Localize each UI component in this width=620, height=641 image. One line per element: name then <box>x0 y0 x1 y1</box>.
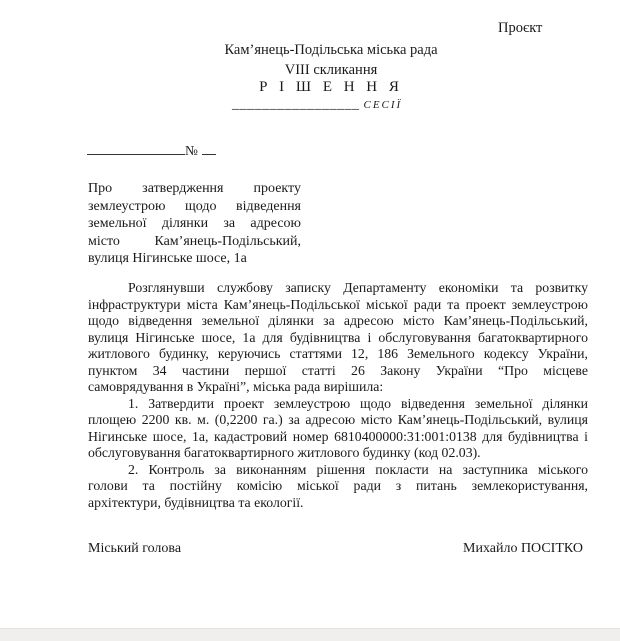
body-line: обслуговування багатоквартирного житлово… <box>88 445 588 462</box>
decision-title: Р І Ш Е Н Н Я <box>0 79 620 96</box>
body-line: вулиця Нігинське шосе, 1а для будівництв… <box>88 330 588 347</box>
body-line: щодо відведення земельної ділянки за адр… <box>88 313 588 330</box>
decision-item-2: 2. Контроль за виконанням рішення поклас… <box>88 462 588 512</box>
viewer-bottom-bar <box>0 628 620 641</box>
decision-item-1: 1. Затвердити проект землеустрою щодо ві… <box>88 396 588 462</box>
body-line: голови та постійну комісію міської ради … <box>88 478 588 495</box>
preamble-paragraph: Розглянувши службову записку Департамент… <box>88 280 588 396</box>
document-page: Проєкт Кам’янець-Подільська міська рада … <box>0 0 620 628</box>
subject-line: земельної ділянки за адресою <box>88 215 301 233</box>
council-name: Кам’янець-Подільська міська рада <box>0 42 620 59</box>
decision-body: Розглянувши службову записку Департамент… <box>88 280 588 511</box>
session-label: СЕСІЇ <box>364 99 403 111</box>
project-status-label: Проєкт <box>498 20 542 37</box>
body-line: 1. Затвердити проект землеустрою щодо ві… <box>88 396 588 413</box>
body-line: 2. Контроль за виконанням рішення поклас… <box>88 462 588 479</box>
convocation: VIII скликання <box>0 62 620 79</box>
decision-subject: Про затвердження проекту землеустрою щод… <box>88 180 301 268</box>
number-blank <box>202 142 216 155</box>
body-line: Нігинське шосе, 1а, кадастровий номер 68… <box>88 429 588 446</box>
body-line: інфраструктури міста Кам’янець-Подільськ… <box>88 297 588 314</box>
session-blank: _________________ <box>232 97 360 112</box>
number-sign: № <box>185 143 198 158</box>
body-line: площею 2200 кв. м. (0,2200 га.) за адрес… <box>88 412 588 429</box>
session-line: _________________СЕСІЇ <box>232 97 402 113</box>
body-line: пунктом 34 частини першої статті 26 Зако… <box>88 363 588 380</box>
body-line: архітектури, будівництва та екології. <box>88 495 588 512</box>
body-line: житлового будинку, керуючись статтями 12… <box>88 346 588 363</box>
subject-line: вулиця Нігинське шосе, 1а <box>88 250 301 268</box>
subject-line: землеустрою щодо відведення <box>88 198 301 216</box>
subject-line: місто Кам’янець-Подільський, <box>88 233 301 251</box>
date-blank <box>87 142 185 155</box>
signature-title: Міський голова <box>88 541 181 557</box>
subject-line: Про затвердження проекту <box>88 180 301 198</box>
signature-name: Михайло ПОСІТКО <box>463 541 583 557</box>
body-line: Розглянувши службову записку Департамент… <box>88 280 588 297</box>
decision-number-line: № <box>87 142 216 159</box>
body-line: самоврядування в Україні”, міська рада в… <box>88 379 588 396</box>
